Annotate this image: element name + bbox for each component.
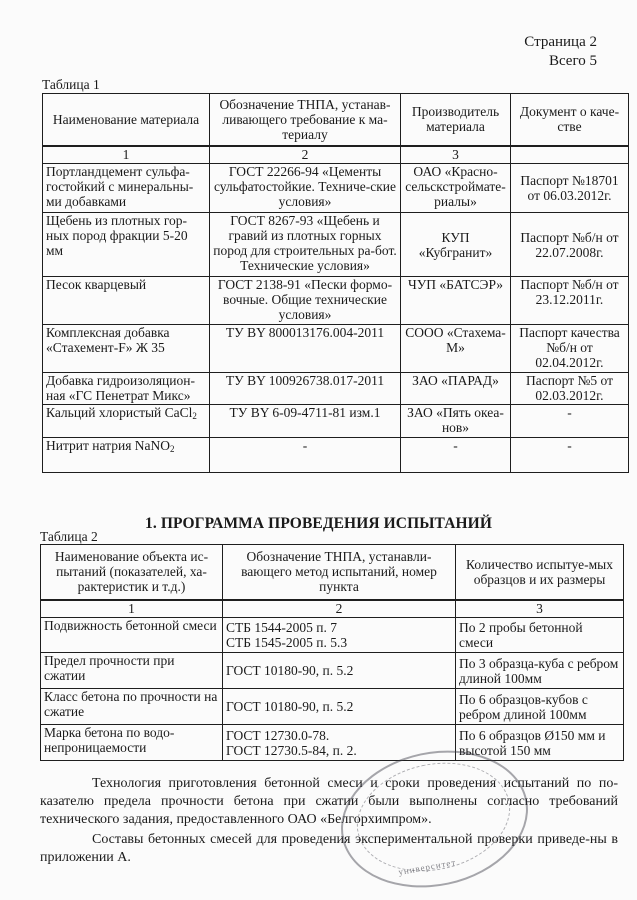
paragraph-compositions: Составы бетонных смесей для проведения э… xyxy=(40,831,618,867)
table-row: Марка бетона по водо-непроницаемости ГОС… xyxy=(41,725,624,761)
test-method: СТБ 1544-2005 п. 7СТБ 1545-2005 п. 5.3 xyxy=(223,618,456,653)
quality-document: Паспорт №5 от 02.03.2012г. xyxy=(511,373,629,405)
material-name-text: Нитрит натрия NaNO xyxy=(46,438,170,453)
page-total: Всего 5 xyxy=(524,52,597,71)
method-line: СТБ 1544-2005 п. 7 xyxy=(226,620,452,635)
manufacturer: ЧУП «БАТСЭР» xyxy=(401,277,511,325)
material-name: Щебень из плотных гор-ных пород фракции … xyxy=(43,213,210,277)
table-row: Щебень из плотных гор-ных пород фракции … xyxy=(43,213,629,277)
page-info: Страница 2 Всего 5 xyxy=(524,33,597,71)
table1-caption: Таблица 1 xyxy=(42,77,100,93)
material-name: Комплексная добавка «Стахемент-F» Ж 35 xyxy=(43,325,210,373)
header-cell: Документ о каче-стве xyxy=(511,94,629,146)
materials-table: Наименование материала Обозначение ТНПА,… xyxy=(42,93,629,473)
quality-document: - xyxy=(511,438,629,473)
header-cell: Обозначение ТНПА, устанавли-вающего мето… xyxy=(223,545,456,600)
table-header-row: Наименование объекта ис-пытаний (показат… xyxy=(41,545,624,600)
table-row: Нитрит натрия NaNO2 - - - xyxy=(43,438,629,473)
column-number: 1 xyxy=(41,600,223,618)
manufacturer: ЗАО «ПАРАД» xyxy=(401,373,511,405)
table-row: Портландцемент сульфа-гостойкий с минера… xyxy=(43,164,629,213)
sample-count: По 6 образцов-кубов с ребром длиной 100м… xyxy=(456,689,624,725)
header-cell: Наименование материала xyxy=(43,94,210,146)
standard: ГОСТ 2138-91 «Пески формо-вочные. Общие … xyxy=(210,277,401,325)
column-number: 1 xyxy=(43,146,210,164)
paragraph-technology: Технология приготовления бетонной смеси … xyxy=(40,775,618,829)
test-program-table: Наименование объекта ис-пытаний (показат… xyxy=(40,544,624,761)
quality-document: - xyxy=(511,405,629,438)
table-header-row: Наименование материала Обозначение ТНПА,… xyxy=(43,94,629,146)
subscript: 2 xyxy=(192,411,197,421)
table-row: Подвижность бетонной смеси СТБ 1544-2005… xyxy=(41,618,624,653)
column-number: 3 xyxy=(456,600,624,618)
page-number: Страница 2 xyxy=(524,33,597,52)
header-cell: Количество испытуе-мых образцов и их раз… xyxy=(456,545,624,600)
manufacturer: - xyxy=(401,438,511,473)
material-name: Песок кварцевый xyxy=(43,277,210,325)
table-row: Комплексная добавка «Стахемент-F» Ж 35 Т… xyxy=(43,325,629,373)
table-row: Добавка гидроизоляцион-ная «ГС Пенетрат … xyxy=(43,373,629,405)
test-method: ГОСТ 10180-90, п. 5.2 xyxy=(223,689,456,725)
test-object: Предел прочности при сжатии xyxy=(41,653,223,689)
sample-count: По 2 пробы бетонной смеси xyxy=(456,618,624,653)
material-name: Портландцемент сульфа-гостойкий с минера… xyxy=(43,164,210,213)
column-number-row: 1 2 3 xyxy=(43,146,629,164)
header-cell: Производитель материала xyxy=(401,94,511,146)
standard: ТУ BY 800013176.004-2011 xyxy=(210,325,401,373)
material-name: Нитрит натрия NaNO2 xyxy=(43,438,210,473)
manufacturer: СООО «Стахема-М» xyxy=(401,325,511,373)
manufacturer: ОАО «Красно-сельскстроймате-риалы» xyxy=(401,164,511,213)
method-line: ГОСТ 12730.0-78. xyxy=(226,728,452,743)
material-name: Добавка гидроизоляцион-ная «ГС Пенетрат … xyxy=(43,373,210,405)
test-object: Класс бетона по прочности на сжатие xyxy=(41,689,223,725)
material-name-text: Кальций хлористый CaCl xyxy=(46,405,192,420)
standard: ТУ BY 6-09-4711-81 изм.1 xyxy=(210,405,401,438)
column-number: 2 xyxy=(223,600,456,618)
column-number: 3 xyxy=(401,146,511,164)
quality-document: Паспорт №б/н от 22.07.2008г. xyxy=(511,213,629,277)
manufacturer: КУП «Кубгранит» xyxy=(401,213,511,277)
sample-count: По 3 образца-куба с ребром длиной 100мм xyxy=(456,653,624,689)
header-cell: Наименование объекта ис-пытаний (показат… xyxy=(41,545,223,600)
quality-document: Паспорт качества №б/н от 02.04.2012г. xyxy=(511,325,629,373)
test-object: Марка бетона по водо-непроницаемости xyxy=(41,725,223,761)
standard: ГОСТ 8267-93 «Щебень и гравий из плотных… xyxy=(210,213,401,277)
header-cell: Обозначение ТНПА, устанав-ливающего треб… xyxy=(210,94,401,146)
table-row: Кальций хлористый CaCl2 ТУ BY 6-09-4711-… xyxy=(43,405,629,438)
test-method: ГОСТ 10180-90, п. 5.2 xyxy=(223,653,456,689)
subscript: 2 xyxy=(170,444,175,454)
standard: ГОСТ 22266-94 «Цементы сульфатостойкие. … xyxy=(210,164,401,213)
test-object: Подвижность бетонной смеси xyxy=(41,618,223,653)
method-line: СТБ 1545-2005 п. 5.3 xyxy=(226,635,452,650)
standard: - xyxy=(210,438,401,473)
table2-caption: Таблица 2 xyxy=(40,529,98,545)
table-row: Класс бетона по прочности на сжатие ГОСТ… xyxy=(41,689,624,725)
table-row: Песок кварцевый ГОСТ 2138-91 «Пески форм… xyxy=(43,277,629,325)
manufacturer: ЗАО «Пять океа-нов» xyxy=(401,405,511,438)
standard: ТУ BY 100926738.017-2011 xyxy=(210,373,401,405)
column-number xyxy=(511,146,629,164)
column-number: 2 xyxy=(210,146,401,164)
quality-document: Паспорт №б/н от 23.12.2011г. xyxy=(511,277,629,325)
quality-document: Паспорт №18701 от 06.03.2012г. xyxy=(511,164,629,213)
table-row: Предел прочности при сжатии ГОСТ 10180-9… xyxy=(41,653,624,689)
material-name: Кальций хлористый CaCl2 xyxy=(43,405,210,438)
column-number-row: 1 2 3 xyxy=(41,600,624,618)
